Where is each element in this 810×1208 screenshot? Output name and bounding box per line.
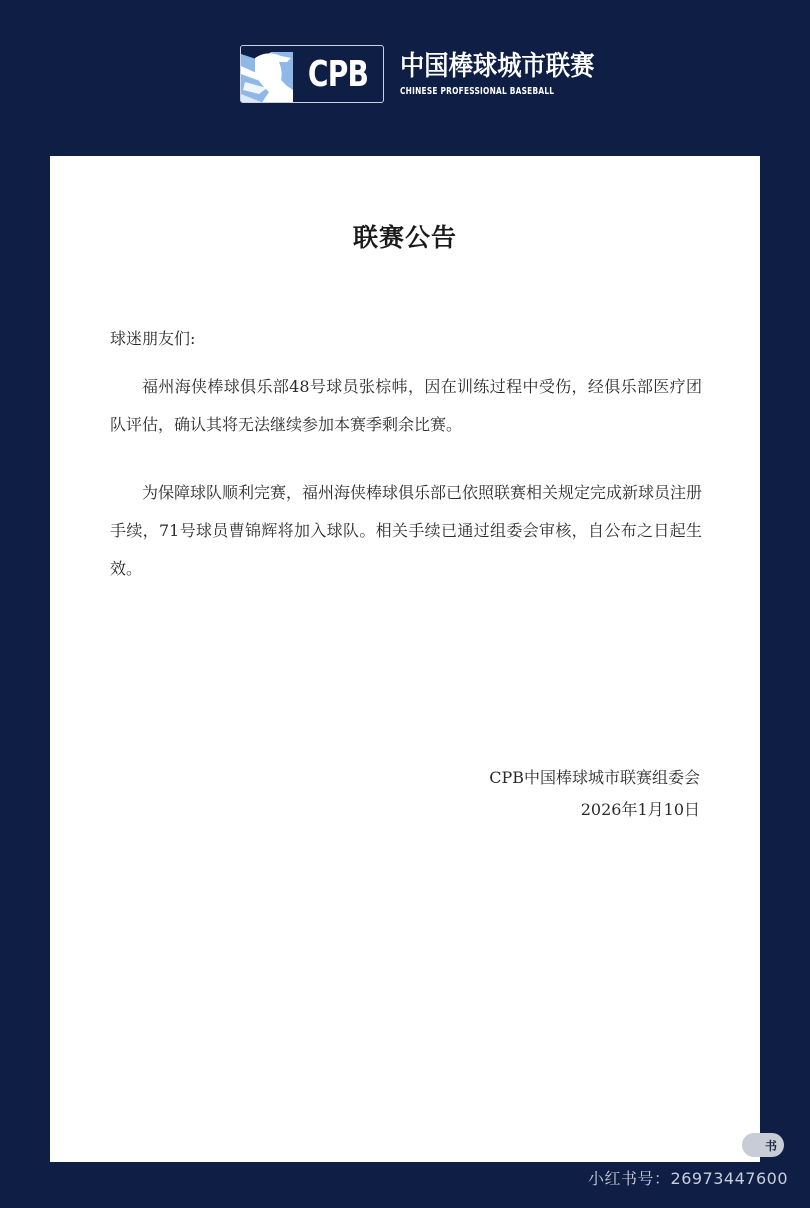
xiaohongshu-logo-icon: 书 (765, 1137, 777, 1154)
logo-text: CPB (303, 46, 373, 102)
signature-date: 2026年1月10日 (489, 794, 700, 826)
paragraph-registration: 为保障球队顺利完赛，福州海侠棒球俱乐部已依照联赛相关规定完成新球员注册手续，71… (110, 474, 702, 588)
paragraph-injury: 福州海侠棒球俱乐部48号球员张棕帏，因在训练过程中受伤，经俱乐部医疗团队评估，确… (110, 368, 702, 444)
league-name: 中国棒球城市联赛 CHINESE PROFESSIONAL BASEBALL (400, 51, 616, 97)
cpb-logo: CPB (240, 45, 384, 103)
league-header: CPB 中国棒球城市联赛 CHINESE PROFESSIONAL BASEBA… (240, 44, 616, 104)
announcement-title: 联赛公告 (50, 218, 760, 254)
batter-silhouette-icon (241, 46, 293, 102)
salutation: 球迷朋友们: (110, 326, 195, 349)
xiaohongshu-watermark-badge: 书 (742, 1133, 784, 1157)
league-name-en: CHINESE PROFESSIONAL BASEBALL (400, 86, 568, 97)
xiaohongshu-account-id: 小红书号：26973447600 (588, 1166, 788, 1189)
signature-block: CPB中国棒球城市联赛组委会 2026年1月10日 (489, 762, 700, 826)
league-name-cn: 中国棒球城市联赛 (400, 51, 594, 83)
announcement-page: 联赛公告 球迷朋友们: 福州海侠棒球俱乐部48号球员张棕帏，因在训练过程中受伤，… (50, 156, 760, 1162)
signature-organization: CPB中国棒球城市联赛组委会 (489, 762, 700, 794)
